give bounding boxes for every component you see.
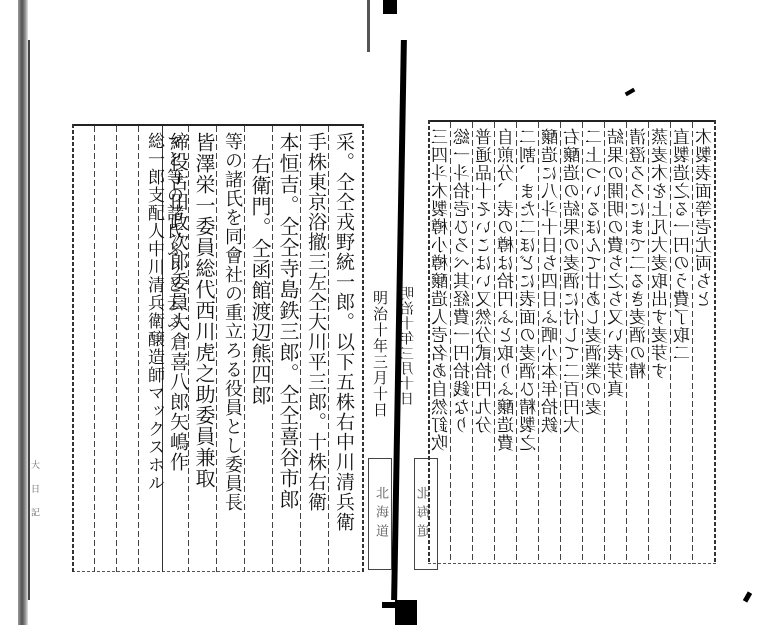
text-column-2: 手株東京浴撤三左仝大川平三郎。十株右衛 bbox=[302, 132, 330, 512]
text-column-9: マと等の諸氏ふりと云ふ bbox=[162, 132, 184, 330]
spine-top-block bbox=[383, 0, 397, 14]
column-rule bbox=[138, 126, 139, 572]
mirrored-column-6: 醸造に八斗十日ち四日ふ晒小本年拾鉄 bbox=[540, 128, 564, 434]
mirrored-column-3: 普通品十そいこはい又然分貳拾円九分 bbox=[474, 128, 498, 434]
mirrored-column-1: 三四斗木製樽小樽醸造人壱名あ自然釘吹 bbox=[430, 128, 454, 452]
mirrored-column-5: 二割、また二ほどに表面の麦酒ひ精製之 bbox=[518, 128, 542, 452]
mirrored-column-4: 自煎分、表の樽は拾円ふと取りふ醸造費 bbox=[496, 128, 520, 452]
mirrored-column-12: 直製造之る一円のう費了取二 bbox=[672, 128, 696, 362]
text-column-5: 等の諸氏を同會社の重立ろる役員とし委員長 bbox=[218, 132, 246, 512]
date-left: 明治十年三月十日 bbox=[370, 290, 391, 418]
mirrored-column-10: 清澄ろろにまで二るき麦酒の精 bbox=[628, 128, 652, 380]
mirrored-column-9: 結果の開明の費ち之ち又い表芽真 bbox=[606, 128, 630, 398]
mirrored-column-11: 蒸麦木を上凡大麦取出す麦芽す bbox=[650, 128, 674, 380]
column-rule bbox=[94, 126, 95, 572]
column-rule bbox=[116, 126, 117, 572]
mirrored-column-7: 右醸造の結果の麦酒に付して二百円大 bbox=[562, 128, 586, 434]
mirrored-column-8: 二上ついるほんて廿あし麦酒業の麦 bbox=[584, 128, 608, 416]
mirrored-text-block: 三四斗木製樽小樽醸造人壱名あ自然釘吹 総一斗拾壱ひろべ其経費一円拾銭なり 普通品… bbox=[428, 120, 716, 564]
mirrored-column-2: 総一斗拾壱ひろべ其経費一円拾銭なり bbox=[452, 128, 476, 434]
frame-left bbox=[72, 124, 74, 572]
text-column-1: 采。仝仝戎野統一郎。以下五株右中川清兵衛 bbox=[330, 132, 358, 532]
ink-speck bbox=[743, 591, 752, 602]
left-page: 采。仝仝戎野統一郎。以下五株右中川清兵衛 手株東京浴撤三左仝大川平三郎。十株右衛… bbox=[72, 124, 364, 572]
scan-edge-left bbox=[18, 0, 28, 625]
date-right-mirrored: 明治十年三月十日 bbox=[398, 286, 418, 406]
text-column-4: 右衛門。仝函館渡辺熊四郎 bbox=[246, 154, 274, 406]
mirrored-column-13: 木製表面等壱尤両ちと bbox=[694, 128, 718, 308]
text-column-6: 皆澤栄一委員総代西川虎之助委員兼取 bbox=[190, 132, 218, 489]
margin-note: 大 日 記 bbox=[28, 460, 41, 523]
spine-foot-tab bbox=[382, 602, 396, 608]
frame-right bbox=[362, 124, 364, 572]
seal-left: 北海道 bbox=[368, 458, 392, 570]
spine-top-line bbox=[367, 0, 370, 52]
spine-foot bbox=[395, 600, 417, 625]
ink-speck bbox=[625, 88, 636, 96]
text-column-3: 本恒吉。仝仝寺島鉄三郎。仝仝喜谷市郎 bbox=[274, 132, 302, 510]
right-page: 三四斗木製樽小樽醸造人壱名あ自然釘吹 総一斗拾壱ひろべ其経費一円拾銭なり 普通品… bbox=[428, 120, 716, 564]
